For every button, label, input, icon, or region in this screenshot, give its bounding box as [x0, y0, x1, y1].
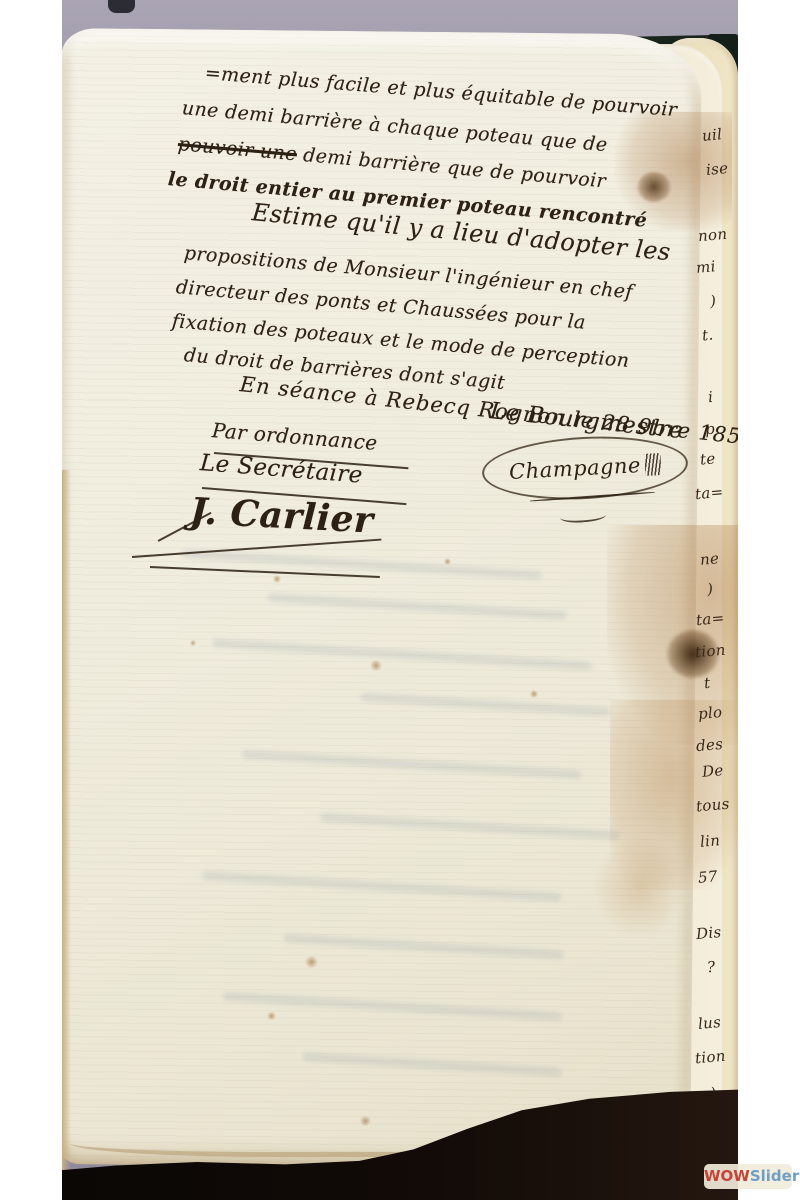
fox-spot: [190, 640, 196, 646]
screenshot-canvas: =ment plus facile et plus équitable de p…: [0, 0, 800, 1200]
signature-hatch-flourish: [644, 453, 661, 476]
watermark-wow: WOW: [704, 1167, 750, 1185]
book-binding-fragment: [108, 0, 135, 13]
page-left-edge: [62, 470, 71, 1170]
fox-spot: [444, 558, 451, 565]
champagne-signature: Champagne: [509, 453, 642, 484]
fox-spot: [273, 575, 281, 583]
watermark-slider: Slider: [750, 1167, 799, 1185]
fox-spot: [305, 956, 318, 968]
fox-spot: [267, 1012, 276, 1020]
fox-spot: [530, 690, 538, 698]
wowslider-watermark[interactable]: WOWSlider: [704, 1164, 792, 1189]
manuscript-photo: =ment plus facile et plus équitable de p…: [62, 0, 738, 1200]
fox-spot: [370, 660, 382, 671]
